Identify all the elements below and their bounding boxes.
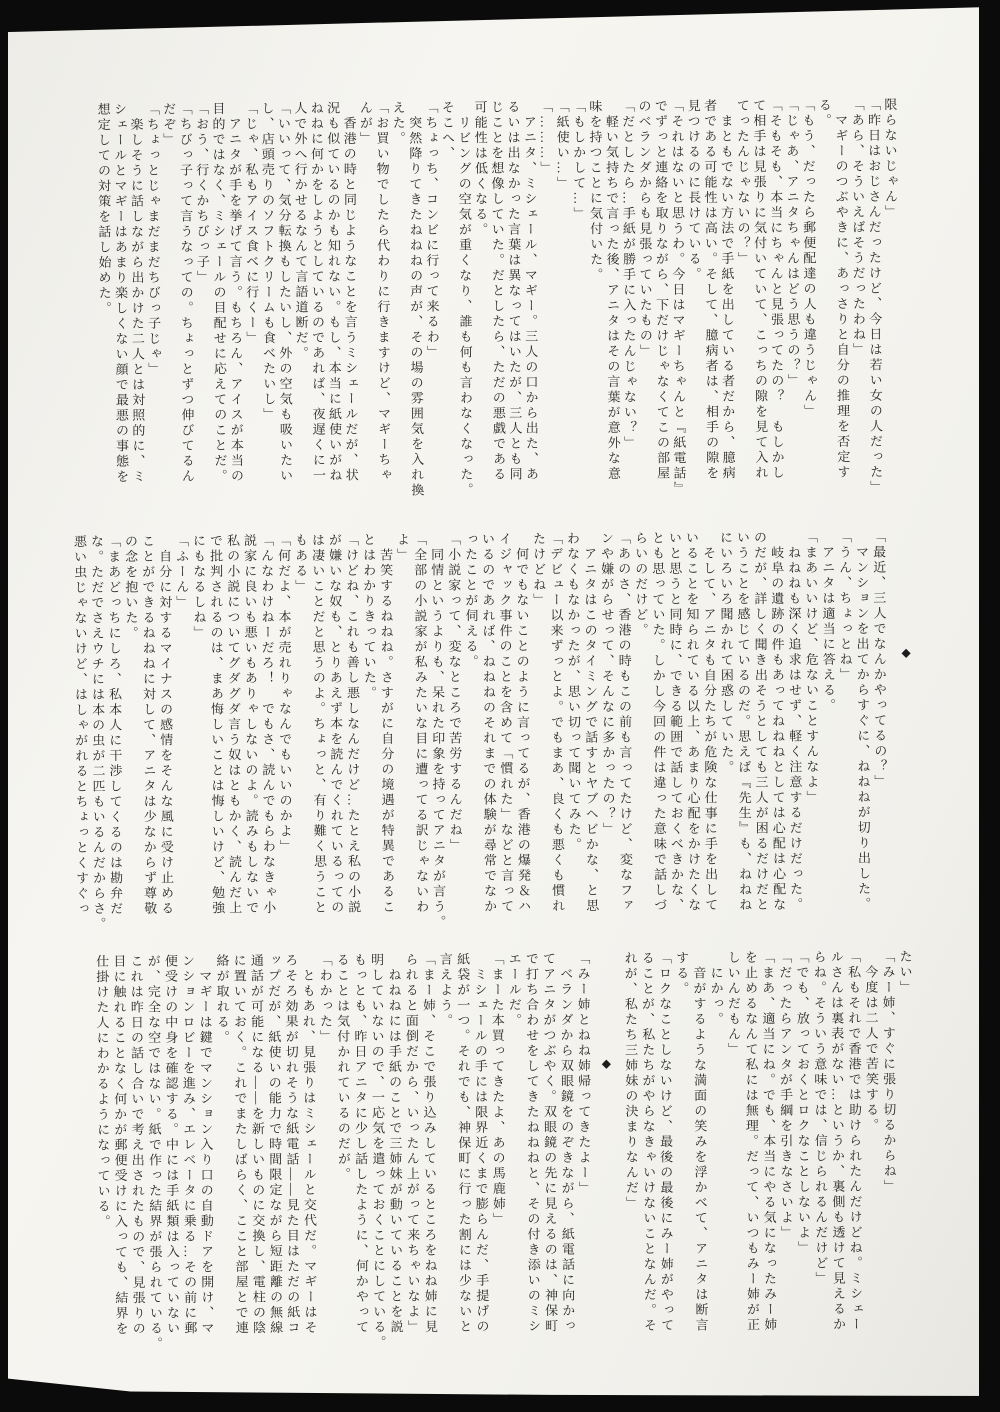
- text-column: たい」: [894, 949, 911, 995]
- text-column: 「何だよ、本が売れりゃなんでもいいのかよ」: [273, 533, 292, 854]
- text-column: ンや嫌がらせって、そんなに多かったの？」: [596, 531, 615, 837]
- scan-edge-right: [979, 0, 1000, 1412]
- text-column: てったんじゃないの？」: [732, 98, 749, 266]
- text-column: エールだ。: [503, 952, 521, 1029]
- text-column: 「まーた本買ってきたよ、あの馬鹿姉」: [486, 952, 505, 1228]
- text-column: そこへ、: [437, 100, 454, 161]
- text-column: んが」: [355, 101, 372, 147]
- text-column: よ」: [392, 533, 409, 564]
- text-column: 「最近、三人でなんかやってるの？」: [868, 530, 887, 790]
- text-column: えた。: [388, 101, 405, 147]
- text-column: 「ちょっとじゃまだまだちびっ子じゃ」: [142, 102, 160, 378]
- text-column: 「じゃ、私もアイス食べに行くー」: [241, 101, 259, 346]
- text-column: 「………」: [536, 100, 553, 177]
- text-column: れが、私たち三姉妹の決まりなんだ」: [619, 951, 638, 1211]
- text-column: 「おう、行くかちびっ子」: [192, 102, 210, 286]
- text-column: にいろいろ聞かれて困惑していた。: [715, 531, 733, 776]
- text-column: 「まあいいけど、危ないことすんなよ」: [800, 530, 819, 806]
- text-column: 「だったらアンタが手綱を引きなさいよ」: [774, 950, 793, 1241]
- text-column: もある」: [290, 533, 307, 594]
- text-block-bottom: たい」「みー姉、すぐに張り切るからね」 今度は二人で苦笑する。「私もそれで香港で…: [91, 949, 914, 1366]
- text-column: の念を抱いた。: [120, 534, 138, 641]
- scene-break-icon: ◆: [602, 1057, 611, 1070]
- text-column: 「もう、だったら郵便配達の人も違うじゃん」: [798, 98, 816, 419]
- text-block-top: 限らないじゃん」「昨日はおじさんだったけど、今日は若い女の人だった」「あら、そう…: [93, 98, 899, 527]
- text-column: 「みー姉とねね姉帰ってきたよー」: [572, 951, 591, 1196]
- text-column: 仕掛けた人にわかるようになっている。: [91, 954, 110, 1230]
- text-column: し、店頭売りのソフトクリームも食べたいし」: [257, 101, 275, 422]
- text-column: たけどね」: [528, 532, 545, 609]
- text-column: にかっ。: [705, 951, 723, 1028]
- text-column: 今度は二人で苦笑する。: [860, 950, 878, 1134]
- text-column: 「うん、ちょっとね」: [834, 530, 852, 683]
- text-column: にもなるしね」: [188, 534, 206, 641]
- text-column: とはわかりきっていた。: [358, 533, 376, 701]
- text-column: のベランダからも見張っていたもの」: [634, 99, 652, 359]
- text-column: 「お買い物でしたら代わりに行きますけど、マギーちゃ: [372, 101, 391, 484]
- text-column: 「紙使い…」: [552, 100, 569, 192]
- text-column: 想定しての対策を話し始めた。: [93, 102, 111, 316]
- paper-sheet: 限らないじゃん」「昨日はおじさんだったけど、今日は若い女の人だった」「あら、そう…: [7, 4, 987, 1401]
- text-column: 苦笑するねねね。さすがに自分の境遇が特異であるこ: [375, 533, 394, 916]
- text-column: だぞ」: [159, 102, 176, 148]
- text-column: 香港の時と同じようなことを言うミシェールだが、状: [339, 101, 358, 484]
- text-column: らいのだけど。: [630, 531, 648, 638]
- text-column: る。: [814, 98, 831, 129]
- text-column: 「ロクなことしないけど、最後の最後にみー姉がやって: [654, 951, 674, 1334]
- scan-edge-left: [0, 0, 8, 1412]
- text-column: 「じゃあ、アニタちゃんはどう思うの？」: [782, 98, 800, 389]
- text-column: らね。そういう意味では、信じられるんだけど」: [808, 950, 827, 1287]
- text-column: 「みー姉、すぐに張り切るからね」: [877, 950, 896, 1195]
- text-column: わなくもなかったが、思い切って聞いてみた。: [562, 531, 581, 852]
- text-column: 絡が取れる。: [211, 954, 229, 1046]
- text-column: 可能性は低くなる。: [470, 100, 487, 238]
- text-column: 見つけるのに長けている。: [683, 99, 701, 283]
- text-column: 味を持つことに気付いた。: [585, 99, 603, 283]
- text-column: しいんだもん」: [722, 951, 740, 1058]
- text-column: 「小説家って、変なところで苦労するんだね」: [443, 532, 462, 853]
- text-column: 言えよう。: [435, 952, 453, 1029]
- text-column: 限らないじゃん」: [880, 98, 897, 221]
- text-column: 「わかった」: [314, 953, 332, 1045]
- text-column: ることは気付かれているのだが。: [332, 953, 351, 1183]
- text-column: ったことが伺える。: [460, 532, 478, 670]
- text-column: 「もしかして…」: [569, 99, 586, 222]
- text-column: 「ふーん」: [171, 534, 188, 611]
- text-column: 人で外へ行かせるなんて言語道断だ。: [290, 101, 308, 361]
- scene-break-icon: ◆: [901, 646, 910, 659]
- page-content: 限らないじゃん」「昨日はおじさんだったけど、今日は若い女の人だった」「あら、そう…: [3, 1, 992, 1404]
- text-column: アニタは適当に答える。: [817, 530, 835, 714]
- text-column: する。: [671, 951, 688, 997]
- text-block-middle: ◆「最近、三人でなんかやってるの？」 マンションを出てからすぐに、ねねねが切り出…: [69, 529, 918, 958]
- scanned-page: 限らないじゃん」「昨日はおじさんだったけど、今日は若い女の人だった」「あら、そう…: [0, 0, 1000, 1412]
- text-column: 「でも、放っておくとロクなことしないよ」: [791, 950, 810, 1256]
- text-column: 「ちょっち、コンビに行って来るわ」: [421, 100, 439, 360]
- text-column: 「あら、そういえばそうだったわね」: [847, 98, 865, 358]
